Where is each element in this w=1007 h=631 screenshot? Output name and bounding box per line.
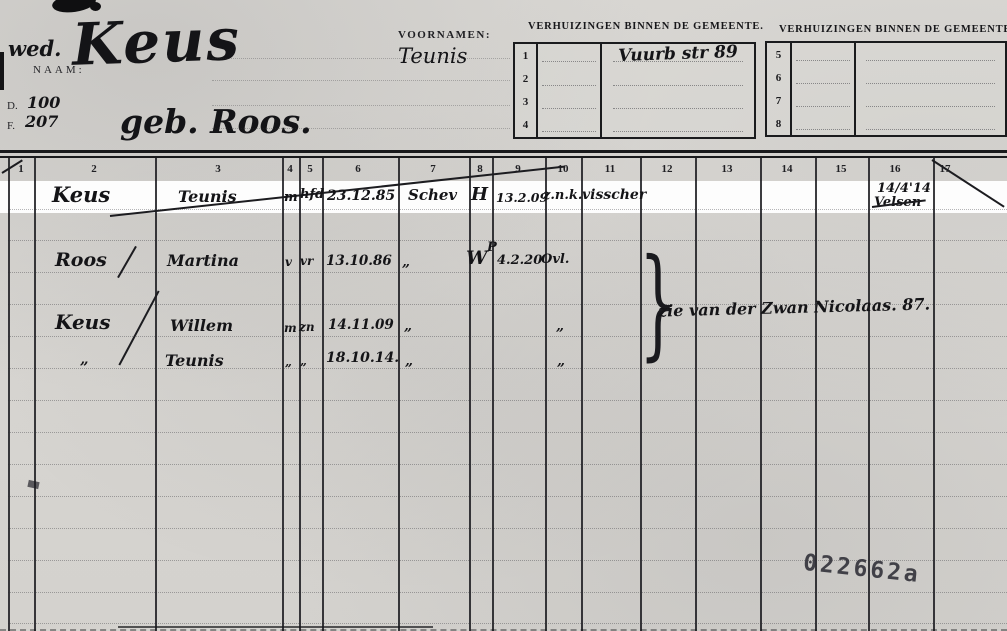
row1-col10: z.n.k. bbox=[543, 188, 582, 203]
move-date-cell bbox=[538, 91, 602, 114]
move-address-cell: Vuurb str 89 bbox=[602, 44, 754, 67]
move-date-cell bbox=[792, 112, 856, 135]
move-row-number: 6 bbox=[767, 66, 792, 89]
column-number: 16 bbox=[890, 163, 901, 175]
column-number: 13 bbox=[722, 163, 733, 175]
row2-birthplace-ditto: „ bbox=[402, 254, 410, 270]
moves-table-title-right: VERHUIZINGEN BINNEN DE GEMEENTE. bbox=[779, 24, 1007, 35]
row3-col10-ditto: „ bbox=[556, 318, 564, 334]
column-number: 4 bbox=[287, 163, 293, 175]
column-number: 5 bbox=[307, 163, 313, 175]
dossier-d-value: 100 bbox=[27, 93, 60, 112]
dotted-guide-line bbox=[8, 592, 1007, 593]
dotted-guide-line bbox=[8, 623, 1007, 624]
row4-col10-ditto: „ bbox=[557, 353, 565, 369]
move-row-number: 5 bbox=[767, 43, 792, 66]
moves-table-right: 5 6 7 8 bbox=[765, 41, 1007, 137]
moves-table-left: 1 Vuurb str 89 2 3 4 bbox=[513, 42, 756, 139]
move-address-cell bbox=[602, 67, 754, 90]
column-number: 9 bbox=[515, 163, 521, 175]
move-date-cell bbox=[538, 44, 602, 67]
row2-date2: 4.2.20 bbox=[497, 253, 542, 268]
register-card-scan: wed. NAAM: Keus D. 100 F. 207 geb. Roos.… bbox=[0, 0, 1007, 631]
row4-birthdate: 18.10.14. bbox=[326, 350, 399, 366]
table-top-rule-2 bbox=[0, 156, 1007, 158]
bottom-line bbox=[118, 626, 433, 628]
row4-birthplace-ditto: „ bbox=[405, 353, 413, 369]
row1-sex: m bbox=[284, 190, 298, 205]
table-top-rule bbox=[0, 150, 1007, 153]
maiden-name-script: geb. Roos. bbox=[120, 102, 312, 141]
surname-script: Keus bbox=[71, 5, 242, 79]
column-number: 14 bbox=[782, 163, 793, 175]
dotted-guide-line bbox=[212, 58, 510, 59]
row1-occupation: visscher bbox=[582, 187, 646, 203]
voornamen-label: VOORNAMEN: bbox=[398, 29, 491, 41]
row2-col8-superscript: P bbox=[487, 240, 497, 255]
cross-reference-note: zie van der Zwan Nicolaas. 87. bbox=[658, 294, 930, 320]
row2-birthdate: 13.10.86 bbox=[326, 253, 392, 269]
dotted-guide-line bbox=[8, 496, 1007, 497]
move-address-cell bbox=[856, 89, 1005, 112]
row1-birthplace: Schev bbox=[408, 186, 457, 204]
dossier-f-label: F. bbox=[7, 120, 15, 132]
column-number: 1 bbox=[18, 163, 24, 175]
dotted-guide-line bbox=[212, 80, 510, 81]
row2-sex: v bbox=[285, 255, 292, 269]
move-date-cell bbox=[538, 67, 602, 90]
row3-firstname: Willem bbox=[170, 316, 233, 335]
column-number: 3 bbox=[215, 163, 221, 175]
voornamen-value: Teunis bbox=[398, 44, 467, 68]
row3-birthplace-ditto: „ bbox=[404, 318, 412, 334]
move-date-cell bbox=[792, 66, 856, 89]
move-row-number: 8 bbox=[767, 112, 792, 135]
move-row-number: 7 bbox=[767, 89, 792, 112]
row2-slash-mark bbox=[117, 246, 137, 278]
row4-firstname: Teunis bbox=[165, 351, 224, 370]
move-address-cell bbox=[856, 43, 1005, 66]
move-date-cell bbox=[538, 114, 602, 137]
move-address-cell bbox=[602, 114, 754, 137]
move-date-cell bbox=[792, 89, 856, 112]
row3-relation: zn bbox=[299, 320, 315, 334]
column-number: 11 bbox=[605, 163, 615, 175]
widow-note: wed. bbox=[8, 36, 61, 61]
row2-col10: Ovl. bbox=[541, 252, 569, 267]
row1-departure-date: 14/4'14 bbox=[877, 181, 931, 196]
column-number: 7 bbox=[430, 163, 436, 175]
row1-firstname: Teunis bbox=[178, 187, 237, 206]
dossier-f-value: 207 bbox=[25, 112, 58, 131]
dotted-guide-line bbox=[8, 240, 1007, 241]
card-edge-mark bbox=[0, 52, 4, 90]
dotted-guide-line bbox=[212, 128, 510, 129]
row4-relation-ditto: „ bbox=[300, 354, 307, 368]
row1-surname: Keus bbox=[52, 182, 110, 207]
serial-stamp: 022662a bbox=[802, 550, 922, 588]
column-number: 6 bbox=[355, 163, 361, 175]
dotted-guide-line bbox=[8, 272, 1007, 273]
row3-slash-mark bbox=[118, 290, 159, 365]
move-row-number: 2 bbox=[515, 67, 538, 90]
move-address-cell bbox=[856, 112, 1005, 135]
row2-relation: vr bbox=[300, 254, 313, 268]
dotted-guide-line bbox=[8, 368, 1007, 369]
row2-firstname: Martina bbox=[167, 251, 239, 270]
dossier-d-label: D. bbox=[7, 100, 18, 112]
move-address-cell bbox=[856, 66, 1005, 89]
row3-surname: Keus bbox=[55, 310, 110, 334]
row4-sex-ditto: „ bbox=[285, 355, 292, 369]
row2-surname: Roos bbox=[55, 249, 107, 271]
column-number: 12 bbox=[662, 163, 673, 175]
row1-birthdate: 23.12.85 bbox=[327, 188, 395, 204]
move-row-number: 1 bbox=[515, 44, 538, 67]
row4-surname-ditto: „ bbox=[80, 350, 89, 368]
column-number: 15 bbox=[836, 163, 847, 175]
row1-col8: H bbox=[471, 184, 488, 205]
column-number: 8 bbox=[477, 163, 483, 175]
dotted-guide-line bbox=[8, 336, 1007, 337]
move-row-number: 3 bbox=[515, 91, 538, 114]
move-address-cell bbox=[602, 91, 754, 114]
dotted-guide-line bbox=[8, 432, 1007, 433]
row1-date2: 13.2.09 bbox=[496, 190, 548, 205]
row1-relation: hfd bbox=[300, 187, 324, 202]
dotted-guide-line bbox=[8, 400, 1007, 401]
row3-sex: m bbox=[284, 321, 297, 335]
move-row-number: 4 bbox=[515, 114, 538, 137]
dotted-guide-line bbox=[8, 464, 1007, 465]
move-entry: Vuurb str 89 bbox=[602, 41, 755, 66]
dotted-guide-line bbox=[8, 528, 1007, 529]
row3-birthdate: 14.11.09 bbox=[328, 317, 394, 333]
move-date-cell bbox=[792, 43, 856, 66]
row2-col8: W bbox=[466, 247, 487, 269]
dotted-guide-line bbox=[212, 105, 510, 106]
moves-table-title-left: VERHUIZINGEN BINNEN DE GEMEENTE. bbox=[528, 21, 764, 32]
column-number: 2 bbox=[91, 163, 97, 175]
